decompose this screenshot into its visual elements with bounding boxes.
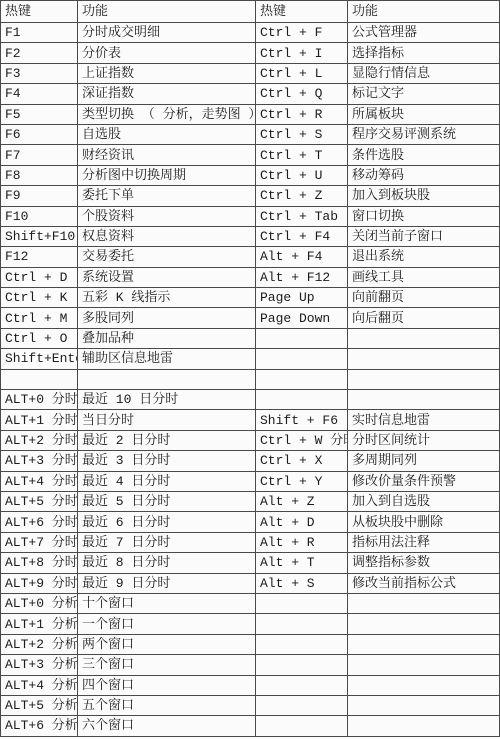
table-row: Ctrl + M多股同列Page Down向后翻页	[1, 308, 500, 328]
hotkey-right-cell: Alt + T	[256, 553, 348, 573]
table-row: ALT+4 分析四个窗口	[1, 675, 500, 695]
function-right-cell: 修改价量条件预警	[348, 471, 500, 491]
hotkey-reference-table: 热键 功能 热键 功能 F1分时成交明细Ctrl + F公式管理器F2分价表Ct…	[0, 0, 500, 737]
hotkey-left-cell: ALT+7 分时	[1, 532, 78, 552]
function-right-cell	[348, 655, 500, 675]
table-row: ALT+6 分时最近 6 日分时Alt + D从板块股中删除	[1, 512, 500, 532]
hotkey-left-cell: Ctrl + O	[1, 328, 78, 348]
hotkey-left-cell: F8	[1, 165, 78, 185]
function-right-cell	[348, 634, 500, 654]
function-right-cell: 向后翻页	[348, 308, 500, 328]
table-row: Ctrl + O叠加品种	[1, 328, 500, 348]
hotkey-left-cell: ALT+4 分析	[1, 675, 78, 695]
function-left-cell: 交易委托	[78, 247, 256, 267]
function-right-cell: 多周期同列	[348, 451, 500, 471]
header-hotkey-left: 热键	[1, 1, 78, 23]
function-left-cell: 六个窗口	[78, 716, 256, 736]
table-row: ALT+4 分时最近 4 日分时Ctrl + Y修改价量条件预警	[1, 471, 500, 491]
function-right-cell	[348, 695, 500, 715]
function-left-cell	[78, 369, 256, 389]
hotkey-left-cell: F9	[1, 186, 78, 206]
hotkey-right-cell	[256, 328, 348, 348]
function-left-cell: 辅助区信息地雷	[78, 349, 256, 369]
function-left-cell: 多股同列	[78, 308, 256, 328]
function-right-cell: 调整指标参数	[348, 553, 500, 573]
table-row: F4深证指数Ctrl + Q标记文字	[1, 84, 500, 104]
function-left-cell: 系统设置	[78, 267, 256, 287]
function-left-cell: 最近 3 日分时	[78, 451, 256, 471]
hotkey-left-cell: Shift+Enter	[1, 349, 78, 369]
function-right-cell: 指标用法注释	[348, 532, 500, 552]
hotkey-right-cell: Alt + F12	[256, 267, 348, 287]
hotkey-right-cell: Alt + Z	[256, 491, 348, 511]
function-left-cell: 当日分时	[78, 410, 256, 430]
function-left-cell: 自选股	[78, 124, 256, 144]
hotkey-right-cell: Alt + D	[256, 512, 348, 532]
hotkey-right-cell	[256, 675, 348, 695]
table-row: F9委托下单Ctrl + Z加入到板块股	[1, 186, 500, 206]
hotkey-left-cell: ALT+0 分析	[1, 593, 78, 613]
hotkey-right-cell: Ctrl + S	[256, 124, 348, 144]
function-left-cell: 最近 8 日分时	[78, 553, 256, 573]
hotkey-right-cell: Alt + S	[256, 573, 348, 593]
function-right-cell: 窗口切换	[348, 206, 500, 226]
function-right-cell: 退出系统	[348, 247, 500, 267]
function-left-cell: 最近 2 日分时	[78, 430, 256, 450]
function-right-cell: 实时信息地雷	[348, 410, 500, 430]
function-right-cell: 所属板块	[348, 104, 500, 124]
hotkey-left-cell: ALT+3 分时	[1, 451, 78, 471]
function-right-cell: 程序交易评测系统	[348, 124, 500, 144]
hotkey-right-cell	[256, 349, 348, 369]
hotkey-left-cell: ALT+6 分时	[1, 512, 78, 532]
table-row: ALT+5 分时最近 5 日分时Alt + Z加入到自选股	[1, 491, 500, 511]
hotkey-left-cell: Ctrl + D	[1, 267, 78, 287]
function-left-cell: 最近 4 日分时	[78, 471, 256, 491]
hotkey-right-cell: Ctrl + T	[256, 145, 348, 165]
hotkey-left-cell: F1	[1, 23, 78, 43]
hotkey-left-cell: ALT+8 分时	[1, 553, 78, 573]
hotkey-right-cell: Ctrl + U	[256, 165, 348, 185]
table-row: F7财经资讯Ctrl + T条件选股	[1, 145, 500, 165]
table-row: ALT+1 分时当日分时Shift + F6实时信息地雷	[1, 410, 500, 430]
table-row: ALT+1 分析一个窗口	[1, 614, 500, 634]
table-row: F6自选股Ctrl + S程序交易评测系统	[1, 124, 500, 144]
function-left-cell: 分价表	[78, 43, 256, 63]
function-right-cell: 显隐行情信息	[348, 63, 500, 83]
function-left-cell: 最近 9 日分时	[78, 573, 256, 593]
function-right-cell	[348, 349, 500, 369]
table-row: Shift+Enter辅助区信息地雷	[1, 349, 500, 369]
table-row: Shift+F10权息资料Ctrl + F4关闭当前子窗口	[1, 226, 500, 246]
hotkey-right-cell: Ctrl + F4	[256, 226, 348, 246]
function-left-cell: 类型切换 （ 分析，走势图 ）	[78, 104, 256, 124]
hotkey-left-cell: F5	[1, 104, 78, 124]
hotkey-right-cell: Ctrl + F	[256, 23, 348, 43]
function-left-cell: 五彩 K 线指示	[78, 288, 256, 308]
hotkey-left-cell: ALT+3 分析	[1, 655, 78, 675]
hotkey-right-cell: Ctrl + I	[256, 43, 348, 63]
function-right-cell: 选择指标	[348, 43, 500, 63]
hotkey-left-cell: F4	[1, 84, 78, 104]
table-row: F12交易委托Alt + F4退出系统	[1, 247, 500, 267]
function-right-cell	[348, 390, 500, 410]
hotkey-right-cell: Ctrl + L	[256, 63, 348, 83]
header-row: 热键 功能 热键 功能	[1, 1, 500, 23]
function-left-cell: 三个窗口	[78, 655, 256, 675]
table-row: Ctrl + D系统设置Alt + F12画线工具	[1, 267, 500, 287]
hotkey-right-cell	[256, 695, 348, 715]
function-right-cell: 关闭当前子窗口	[348, 226, 500, 246]
hotkey-right-cell	[256, 593, 348, 613]
function-right-cell	[348, 716, 500, 736]
hotkey-left-cell: ALT+6 分析	[1, 716, 78, 736]
table-row: F5类型切换 （ 分析，走势图 ）Ctrl + R所属板块	[1, 104, 500, 124]
hotkey-left-cell: ALT+4 分时	[1, 471, 78, 491]
hotkey-left-cell: ALT+5 分时	[1, 491, 78, 511]
function-right-cell: 条件选股	[348, 145, 500, 165]
function-left-cell: 个股资料	[78, 206, 256, 226]
hotkey-left-cell: F3	[1, 63, 78, 83]
function-right-cell: 标记文字	[348, 84, 500, 104]
function-right-cell: 画线工具	[348, 267, 500, 287]
hotkey-right-cell: Alt + F4	[256, 247, 348, 267]
hotkey-left-cell: ALT+2 分时	[1, 430, 78, 450]
hotkey-right-cell	[256, 614, 348, 634]
hotkey-right-cell: Ctrl + W 分时	[256, 430, 348, 450]
table-row: ALT+3 分析三个窗口	[1, 655, 500, 675]
function-left-cell: 权息资料	[78, 226, 256, 246]
hotkey-right-cell: Page Up	[256, 288, 348, 308]
table-body: F1分时成交明细Ctrl + F公式管理器F2分价表Ctrl + I选择指标F3…	[1, 23, 500, 737]
hotkey-left-cell: ALT+1 分析	[1, 614, 78, 634]
table-row: ALT+0 分时最近 10 日分时	[1, 390, 500, 410]
table-row: F8分析图中切换周期Ctrl + U移动筹码	[1, 165, 500, 185]
hotkey-left-cell: F10	[1, 206, 78, 226]
function-left-cell: 上证指数	[78, 63, 256, 83]
header-hotkey-right: 热键	[256, 1, 348, 23]
table-row: ALT+7 分时最近 7 日分时Alt + R指标用法注释	[1, 532, 500, 552]
function-right-cell	[348, 614, 500, 634]
table-row: ALT+2 分析两个窗口	[1, 634, 500, 654]
table-row: ALT+0 分析十个窗口	[1, 593, 500, 613]
function-left-cell: 深证指数	[78, 84, 256, 104]
function-right-cell	[348, 675, 500, 695]
table-row	[1, 369, 500, 389]
function-left-cell: 叠加品种	[78, 328, 256, 348]
hotkey-right-cell	[256, 634, 348, 654]
function-left-cell: 最近 6 日分时	[78, 512, 256, 532]
table-row: ALT+5 分析五个窗口	[1, 695, 500, 715]
hotkey-left-cell: ALT+0 分时	[1, 390, 78, 410]
function-left-cell: 四个窗口	[78, 675, 256, 695]
hotkey-left-cell: Shift+F10	[1, 226, 78, 246]
function-left-cell: 最近 5 日分时	[78, 491, 256, 511]
function-left-cell: 财经资讯	[78, 145, 256, 165]
hotkey-right-cell: Ctrl + Tab	[256, 206, 348, 226]
function-left-cell: 两个窗口	[78, 634, 256, 654]
hotkey-left-cell: ALT+9 分时	[1, 573, 78, 593]
table-row: ALT+3 分时最近 3 日分时Ctrl + X多周期同列	[1, 451, 500, 471]
hotkey-right-cell: Alt + R	[256, 532, 348, 552]
hotkey-right-cell	[256, 369, 348, 389]
table-row: F2分价表Ctrl + I选择指标	[1, 43, 500, 63]
hotkey-left-cell: F2	[1, 43, 78, 63]
function-right-cell: 公式管理器	[348, 23, 500, 43]
hotkey-left-cell: F12	[1, 247, 78, 267]
function-right-cell: 移动筹码	[348, 165, 500, 185]
function-right-cell: 加入到自选股	[348, 491, 500, 511]
hotkey-left-cell: ALT+1 分时	[1, 410, 78, 430]
hotkey-left-cell: F7	[1, 145, 78, 165]
function-left-cell: 最近 10 日分时	[78, 390, 256, 410]
hotkey-left-cell: Ctrl + M	[1, 308, 78, 328]
hotkey-left-cell: ALT+2 分析	[1, 634, 78, 654]
function-left-cell: 分析图中切换周期	[78, 165, 256, 185]
table-row: F3上证指数Ctrl + L显隐行情信息	[1, 63, 500, 83]
hotkey-right-cell	[256, 390, 348, 410]
function-left-cell: 分时成交明细	[78, 23, 256, 43]
table-row: Ctrl + K五彩 K 线指示Page Up向前翻页	[1, 288, 500, 308]
function-right-cell	[348, 593, 500, 613]
hotkey-right-cell: Ctrl + Z	[256, 186, 348, 206]
hotkey-right-cell	[256, 716, 348, 736]
table-row: F1分时成交明细Ctrl + F公式管理器	[1, 23, 500, 43]
function-right-cell	[348, 369, 500, 389]
hotkey-left-cell	[1, 369, 78, 389]
table-row: ALT+8 分时最近 8 日分时Alt + T调整指标参数	[1, 553, 500, 573]
function-right-cell: 修改当前指标公式	[348, 573, 500, 593]
hotkey-left-cell: Ctrl + K	[1, 288, 78, 308]
hotkey-left-cell: F6	[1, 124, 78, 144]
function-right-cell: 从板块股中删除	[348, 512, 500, 532]
header-function-right: 功能	[348, 1, 500, 23]
function-left-cell: 十个窗口	[78, 593, 256, 613]
function-left-cell: 最近 7 日分时	[78, 532, 256, 552]
function-right-cell: 向前翻页	[348, 288, 500, 308]
hotkey-right-cell: Ctrl + Q	[256, 84, 348, 104]
function-right-cell	[348, 328, 500, 348]
table-row: ALT+6 分析六个窗口	[1, 716, 500, 736]
hotkey-right-cell	[256, 655, 348, 675]
table-row: ALT+9 分时最近 9 日分时Alt + S修改当前指标公式	[1, 573, 500, 593]
table-row: ALT+2 分时最近 2 日分时Ctrl + W 分时分时区间统计	[1, 430, 500, 450]
function-right-cell: 分时区间统计	[348, 430, 500, 450]
function-left-cell: 委托下单	[78, 186, 256, 206]
hotkey-right-cell: Page Down	[256, 308, 348, 328]
function-left-cell: 五个窗口	[78, 695, 256, 715]
function-left-cell: 一个窗口	[78, 614, 256, 634]
hotkey-right-cell: Ctrl + X	[256, 451, 348, 471]
function-right-cell: 加入到板块股	[348, 186, 500, 206]
header-function-left: 功能	[78, 1, 256, 23]
table-row: F10个股资料Ctrl + Tab窗口切换	[1, 206, 500, 226]
hotkey-right-cell: Ctrl + R	[256, 104, 348, 124]
hotkey-right-cell: Shift + F6	[256, 410, 348, 430]
hotkey-right-cell: Ctrl + Y	[256, 471, 348, 491]
hotkey-left-cell: ALT+5 分析	[1, 695, 78, 715]
